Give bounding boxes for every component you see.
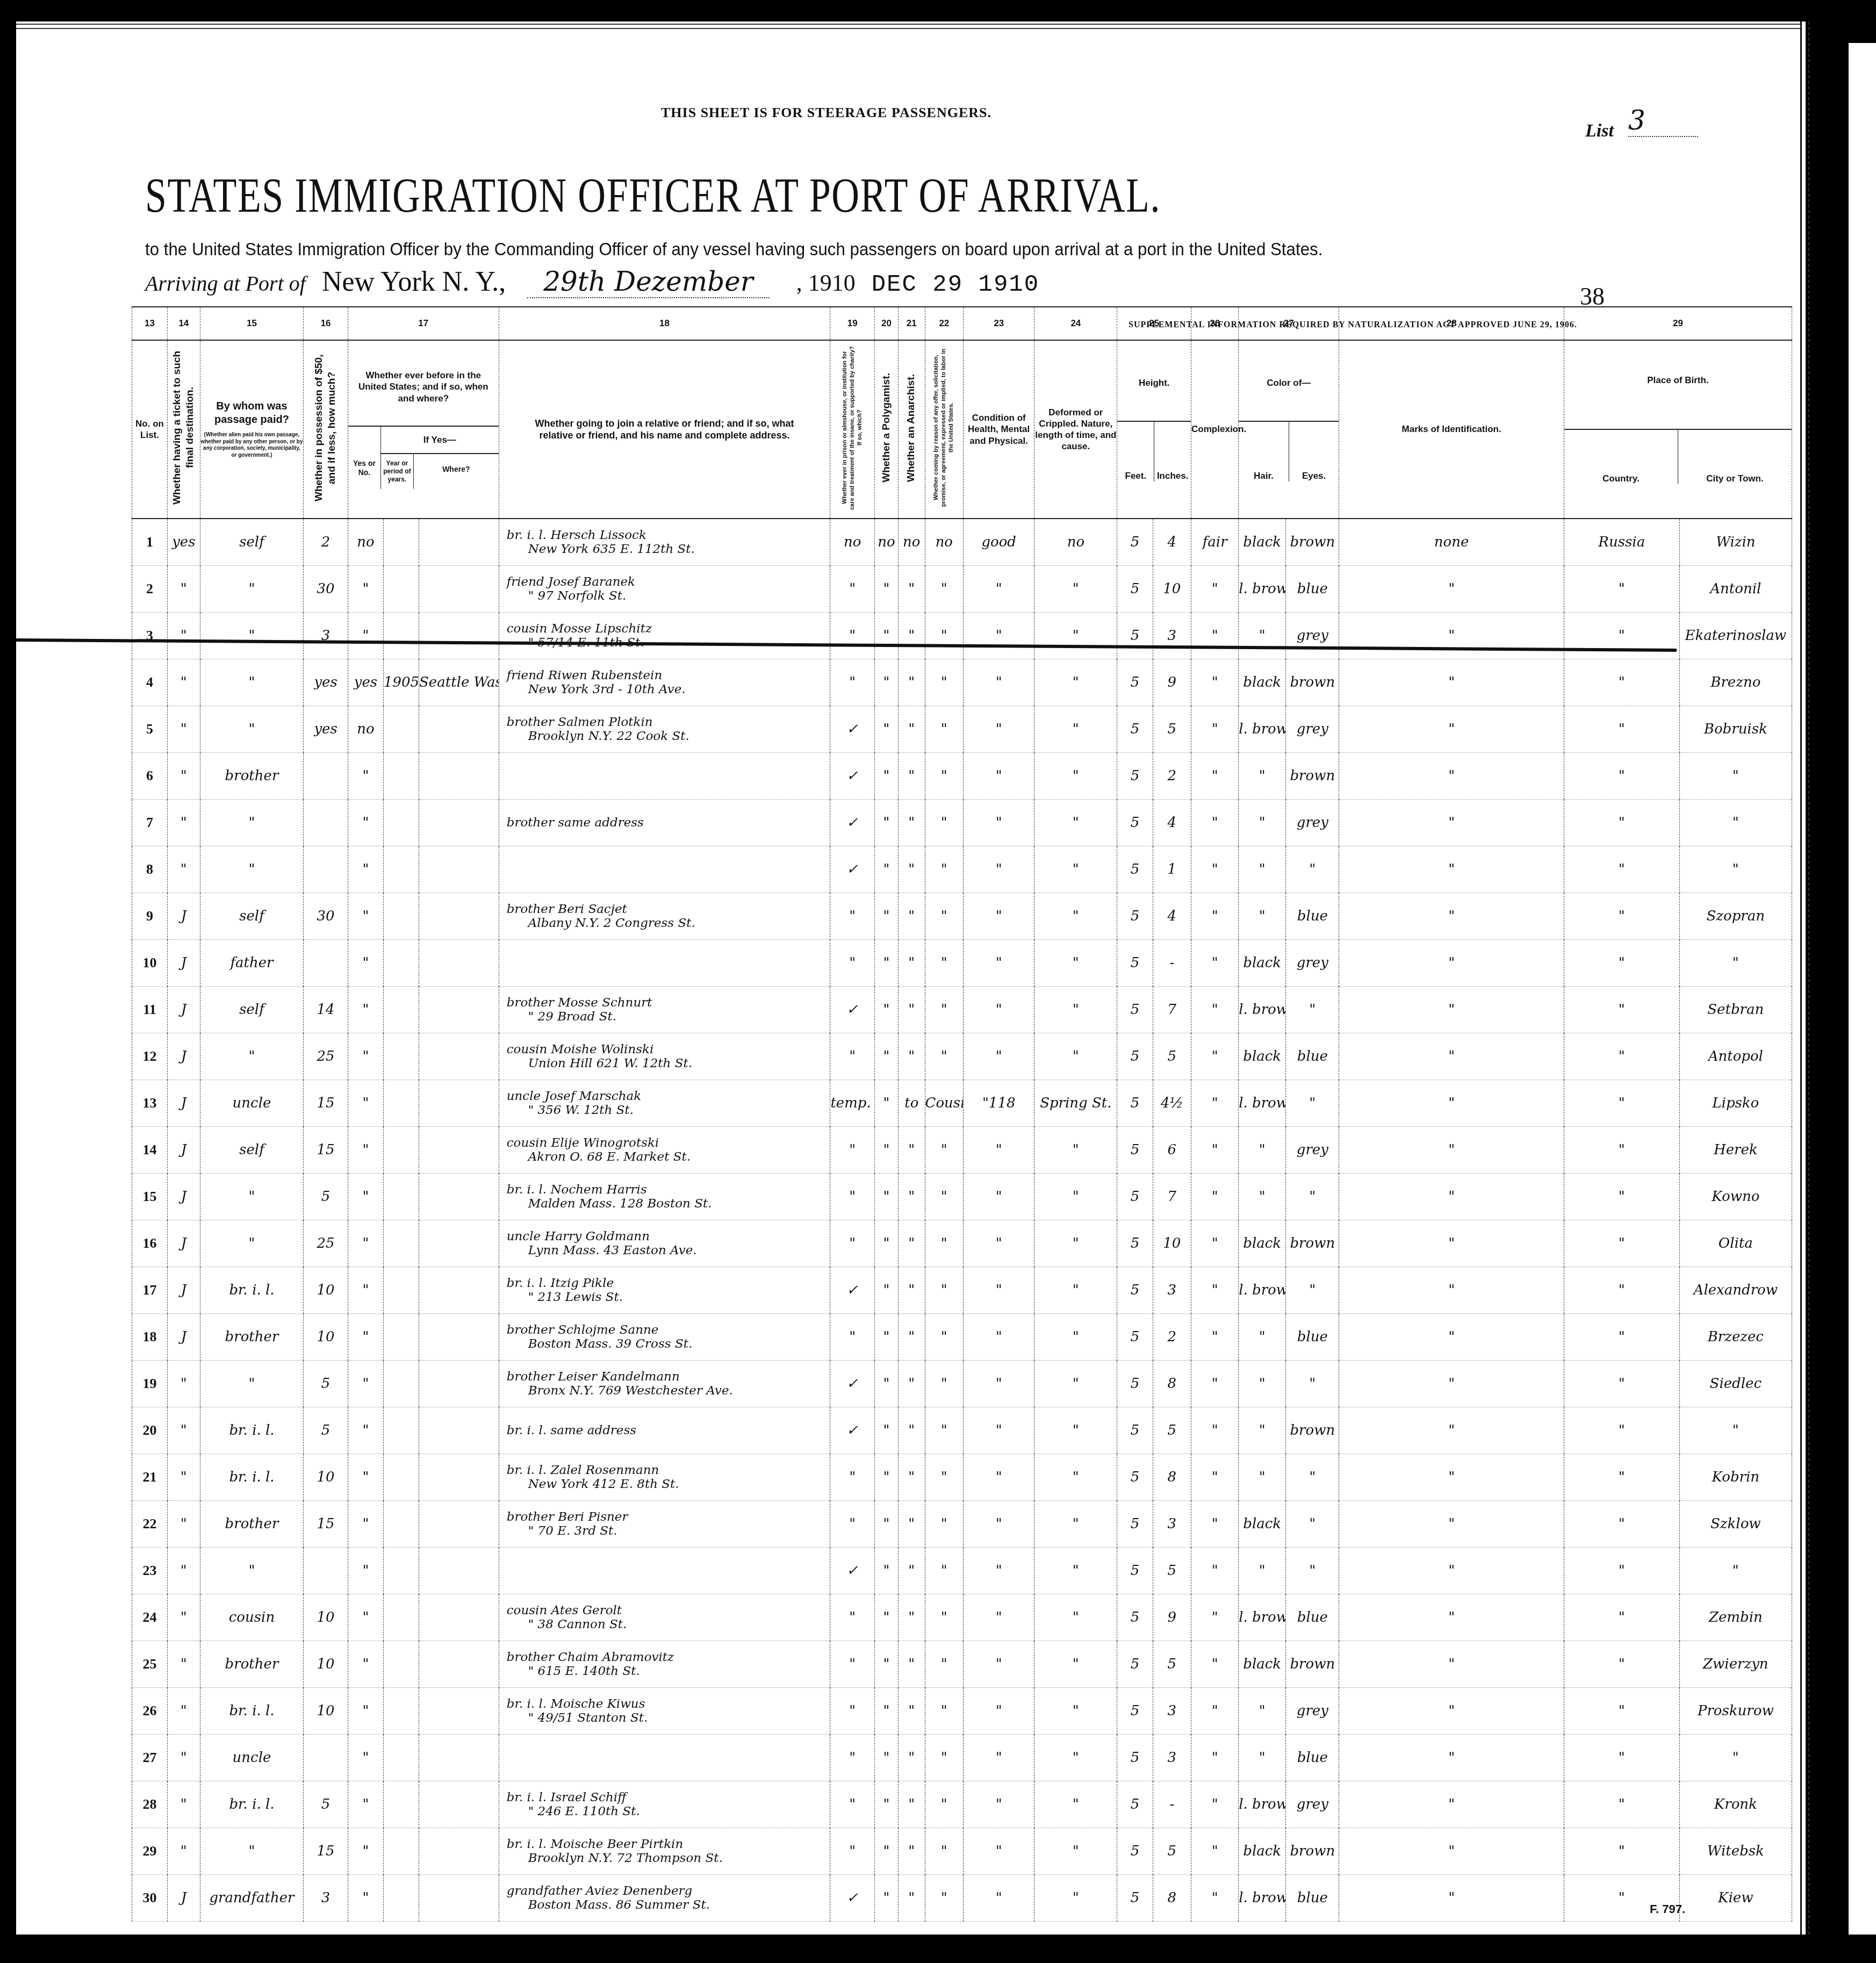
anarchist-cell: " — [899, 1548, 925, 1594]
deformed-cell: " — [1034, 1454, 1117, 1501]
polygamist-cell: " — [874, 1828, 898, 1875]
country-cell: " — [1564, 800, 1679, 846]
deformed-cell: " — [1034, 1688, 1117, 1735]
ticket-cell: " — [168, 1688, 200, 1735]
complexion-cell: " — [1191, 1501, 1239, 1548]
visit-year-cell — [383, 1407, 419, 1454]
height-feet-cell: 5 — [1117, 800, 1153, 846]
deformed-cell: " — [1034, 1361, 1117, 1407]
col-num-13: 13 — [132, 307, 168, 340]
polygamist-cell: " — [874, 940, 898, 987]
prison-cell: ✓ — [830, 987, 875, 1033]
table-row: 13Juncle15"uncle Josef Marschak" 356 W. … — [132, 1080, 1792, 1127]
health-cell: " — [964, 1501, 1034, 1548]
row-number: 5 — [132, 706, 168, 753]
row-number: 10 — [132, 940, 168, 987]
passage-paid-cell: grandfather — [200, 1875, 304, 1922]
row-number: 9 — [132, 893, 168, 940]
city-cell: Lipsko — [1679, 1080, 1792, 1127]
visit-year-cell — [383, 1314, 419, 1361]
header-place-of-birth: Place of Birth. Country. City or Town. — [1564, 340, 1792, 519]
height-inches-cell: 4 — [1153, 800, 1191, 846]
country-cell: " — [1564, 706, 1679, 753]
polygamist-cell: " — [874, 987, 898, 1033]
anarchist-cell: " — [899, 1828, 925, 1875]
hair-cell: " — [1239, 1454, 1286, 1501]
hair-cell: l. brown — [1239, 566, 1286, 613]
row-number: 24 — [132, 1594, 168, 1641]
header-labor-offer: Whether coming by reason of any offer, s… — [925, 340, 964, 519]
marks-cell: " — [1339, 893, 1564, 940]
relative-address: " 38 Cannon St. — [507, 1617, 830, 1631]
polygamist-cell: " — [874, 893, 898, 940]
polygamist-cell: " — [874, 800, 898, 846]
anarchist-cell: " — [899, 1735, 925, 1781]
visit-where-cell — [419, 1501, 499, 1548]
relative-address: Union Hill 621 W. 12th St. — [507, 1056, 830, 1070]
country-cell: " — [1564, 846, 1679, 893]
anarchist-cell: " — [899, 940, 925, 987]
row-number: 16 — [132, 1220, 168, 1267]
relative-name: br. i. l. Nochem Harris — [507, 1183, 647, 1197]
city-cell: " — [1679, 753, 1792, 800]
table-row: 6"brother"✓"""""52""brown""" — [132, 753, 1792, 800]
header-previous-visit: Whether ever before in the United States… — [348, 340, 499, 519]
deformed-cell: " — [1034, 1501, 1117, 1548]
relative-name: uncle Josef Marschak — [507, 1089, 642, 1103]
labor-offer-cell: Cousin L. Hyman — [925, 1080, 964, 1127]
header-feet: Feet. — [1117, 422, 1154, 481]
relative-name: grandfather Aviez Denenberg — [507, 1884, 693, 1898]
height-inches-cell: 10 — [1153, 566, 1191, 613]
country-cell: " — [1564, 659, 1679, 706]
passage-paid-cell: " — [200, 1548, 304, 1594]
relative-address: " 213 Lewis St. — [507, 1290, 830, 1304]
marks-cell: " — [1339, 613, 1564, 659]
header-ticket: Whether having a ticket to such final de… — [168, 340, 200, 519]
header-prison-almshouse: Whether ever in prison or almshouse, or … — [830, 340, 875, 519]
height-feet-cell: 5 — [1117, 1501, 1153, 1548]
country-cell: " — [1564, 1080, 1679, 1127]
document-title: STATES IMMIGRATION OFFICER AT PORT OF AR… — [145, 167, 1161, 224]
money-cell: 30 — [304, 566, 348, 613]
row-number: 21 — [132, 1454, 168, 1501]
money-cell — [304, 846, 348, 893]
visit-where-cell — [419, 1548, 499, 1594]
eyes-cell: brown — [1286, 1407, 1339, 1454]
hair-cell: " — [1239, 846, 1286, 893]
row-number: 15 — [132, 1174, 168, 1220]
relative-cell: friend Riwen RubensteinNew York 3rd - 10… — [499, 659, 830, 706]
deformed-cell: " — [1034, 753, 1117, 800]
passage-paid-cell: " — [200, 613, 304, 659]
previous-visit-cell: " — [348, 566, 383, 613]
polygamist-cell: " — [874, 1267, 898, 1314]
relative-cell — [499, 940, 830, 987]
passage-paid-cell: father — [200, 940, 304, 987]
prison-cell: " — [830, 613, 875, 659]
visit-year-cell — [383, 1033, 419, 1080]
prison-cell: ✓ — [830, 1407, 875, 1454]
money-cell: 5 — [304, 1174, 348, 1220]
relative-address: New York 3rd - 10th Ave. — [507, 682, 830, 696]
hair-cell: " — [1239, 1735, 1286, 1781]
height-feet-cell: 5 — [1117, 753, 1153, 800]
city-cell: Kiew — [1679, 1875, 1792, 1922]
relative-cell: brother Leiser KandelmannBronx N.Y. 769 … — [499, 1361, 830, 1407]
country-cell: " — [1564, 1033, 1679, 1080]
deformed-cell: " — [1034, 1828, 1117, 1875]
visit-where-cell — [419, 1407, 499, 1454]
height-feet-cell: 5 — [1117, 1688, 1153, 1735]
table-row: 22"brother15"brother Beri Pisner" 70 E. … — [132, 1501, 1792, 1548]
money-cell: 15 — [304, 1501, 348, 1548]
height-feet-cell: 5 — [1117, 1033, 1153, 1080]
hair-cell: " — [1239, 1407, 1286, 1454]
col-num-15: 15 — [200, 307, 304, 340]
height-inches-cell: 10 — [1153, 1220, 1191, 1267]
prison-cell: " — [830, 1594, 875, 1641]
previous-visit-cell: " — [348, 1080, 383, 1127]
visit-where-cell — [419, 1127, 499, 1174]
city-cell: Zembin — [1679, 1594, 1792, 1641]
height-inches-cell: 6 — [1153, 1127, 1191, 1174]
visit-year-cell — [383, 846, 419, 893]
city-cell: Setbran — [1679, 987, 1792, 1033]
labor-offer-cell: " — [925, 1594, 964, 1641]
marks-cell: " — [1339, 987, 1564, 1033]
table-row: 7"""brother same address✓"""""54""grey""… — [132, 800, 1792, 846]
hair-cell: black — [1239, 940, 1286, 987]
hair-cell: black — [1239, 1828, 1286, 1875]
table-row: 23"""✓"""""55"""""" — [132, 1548, 1792, 1594]
passage-paid-cell: br. i. l. — [200, 1688, 304, 1735]
adjacent-page-strip — [1849, 43, 1876, 1935]
arrival-line: Arriving at Port of New York N. Y., 29th… — [145, 266, 1039, 298]
relative-cell: brother Beri SacjetAlbany N.Y. 2 Congres… — [499, 893, 830, 940]
visit-year-cell: 1905-05 — [383, 659, 419, 706]
ticket-cell: " — [168, 1641, 200, 1688]
hair-cell: " — [1239, 1314, 1286, 1361]
previous-visit-cell: " — [348, 1501, 383, 1548]
table-row: 17Jbr. i. l.10"br. i. l. Itzig Pikle" 21… — [132, 1267, 1792, 1314]
marks-cell: " — [1339, 1828, 1564, 1875]
header-complexion: Complexion. — [1191, 340, 1239, 519]
passage-paid-cell: br. i. l. — [200, 1781, 304, 1828]
complexion-cell: " — [1191, 659, 1239, 706]
money-cell: 25 — [304, 1033, 348, 1080]
health-cell: " — [964, 1594, 1034, 1641]
visit-year-cell — [383, 1688, 419, 1735]
col-num-24: 24 — [1034, 307, 1117, 340]
steerage-notice: THIS SHEET IS FOR STEERAGE PASSENGERS. — [661, 105, 991, 121]
height-inches-cell: 8 — [1153, 1454, 1191, 1501]
health-cell: " — [964, 1361, 1034, 1407]
relative-name: brother Beri Pisner — [507, 1510, 628, 1524]
relative-name: brother same address — [507, 816, 644, 830]
prison-cell: " — [830, 1735, 875, 1781]
height-feet-cell: 5 — [1117, 1220, 1153, 1267]
header-eyes: Eyes. — [1289, 422, 1339, 481]
polygamist-cell: " — [874, 613, 898, 659]
money-cell: 3 — [304, 613, 348, 659]
visit-where-cell — [419, 1033, 499, 1080]
deformed-cell: " — [1034, 659, 1117, 706]
ticket-cell: J — [168, 893, 200, 940]
complexion-cell: " — [1191, 1875, 1239, 1922]
prison-cell: " — [830, 659, 875, 706]
hair-cell: l. brown — [1239, 1080, 1286, 1127]
passage-paid-cell: uncle — [200, 1080, 304, 1127]
polygamist-cell: no — [874, 519, 898, 566]
polygamist-cell: " — [874, 1314, 898, 1361]
visit-where-cell — [419, 800, 499, 846]
country-cell: " — [1564, 1501, 1679, 1548]
col-num-26: 26 — [1191, 307, 1239, 340]
relative-cell: br. i. l. Zalel RosenmannNew York 412 E.… — [499, 1454, 830, 1501]
previous-visit-cell: no — [348, 706, 383, 753]
deformed-cell: " — [1034, 800, 1117, 846]
complexion-cell: " — [1191, 1361, 1239, 1407]
marks-cell: " — [1339, 753, 1564, 800]
col-num-27: 27 — [1239, 307, 1339, 340]
previous-visit-cell: " — [348, 1314, 383, 1361]
health-cell: " — [964, 1314, 1034, 1361]
labor-offer-cell: " — [925, 940, 964, 987]
passage-paid-cell: " — [200, 1828, 304, 1875]
relative-name: brother Leiser Kandelmann — [507, 1370, 680, 1384]
visit-where-cell — [419, 1314, 499, 1361]
labor-offer-cell: " — [925, 1407, 964, 1454]
visit-year-cell — [383, 1594, 419, 1641]
complexion-cell: " — [1191, 706, 1239, 753]
prison-cell: " — [830, 1127, 875, 1174]
height-feet-cell: 5 — [1117, 1127, 1153, 1174]
polygamist-cell: " — [874, 753, 898, 800]
eyes-cell: brown — [1286, 659, 1339, 706]
table-row: 30Jgrandfather3"grandfather Aviez Denenb… — [132, 1875, 1792, 1922]
relative-name: brother Schlojme Sanne — [507, 1323, 659, 1337]
city-cell: Szklow — [1679, 1501, 1792, 1548]
relative-address: Boston Mass. 39 Cross St. — [507, 1337, 830, 1351]
row-number: 29 — [132, 1828, 168, 1875]
complexion-cell: " — [1191, 846, 1239, 893]
relative-address: " 49/51 Stanton St. — [507, 1711, 830, 1725]
anarchist-cell: " — [899, 1220, 925, 1267]
relative-address: New York 635 E. 112th St. — [507, 542, 830, 556]
city-cell: Olita — [1679, 1220, 1792, 1267]
relative-name: br. i. l. Hersch Lissock — [507, 528, 646, 542]
eyes-cell: brown — [1286, 519, 1339, 566]
eyes-cell: blue — [1286, 893, 1339, 940]
col-num-22: 22 — [925, 307, 964, 340]
city-cell: " — [1679, 800, 1792, 846]
prison-cell: ✓ — [830, 1875, 875, 1922]
marks-cell: " — [1339, 940, 1564, 987]
money-cell — [304, 940, 348, 987]
table-row: 18Jbrother10"brother Schlojme SanneBosto… — [132, 1314, 1792, 1361]
deformed-cell: " — [1034, 1033, 1117, 1080]
passage-paid-cell: brother — [200, 1641, 304, 1688]
row-number: 8 — [132, 846, 168, 893]
labor-offer-cell: " — [925, 1033, 964, 1080]
money-cell: 10 — [304, 1267, 348, 1314]
ticket-cell: " — [168, 753, 200, 800]
prison-cell: " — [830, 1828, 875, 1875]
city-cell: Szopran — [1679, 893, 1792, 940]
col-num-25: 25 — [1117, 307, 1191, 340]
ticket-cell: " — [168, 659, 200, 706]
header-city: City or Town. — [1678, 430, 1792, 484]
passage-paid-cell: brother — [200, 1501, 304, 1548]
eyes-cell: " — [1286, 1501, 1339, 1548]
table-row: 12J"25"cousin Moishe WolinskiUnion Hill … — [132, 1033, 1792, 1080]
height-inches-cell: 3 — [1153, 1688, 1191, 1735]
prison-cell: " — [830, 940, 875, 987]
previous-visit-cell: " — [348, 1688, 383, 1735]
ticket-cell: " — [168, 846, 200, 893]
hair-cell: l. brown — [1239, 1267, 1286, 1314]
complexion-cell: " — [1191, 1127, 1239, 1174]
money-cell — [304, 1735, 348, 1781]
marks-cell: " — [1339, 1127, 1564, 1174]
marks-cell: " — [1339, 1407, 1564, 1454]
health-cell: " — [964, 940, 1034, 987]
height-inches-cell: 9 — [1153, 659, 1191, 706]
money-cell: 14 — [304, 987, 348, 1033]
passage-paid-cell: " — [200, 706, 304, 753]
relative-name: br. i. l. Moische Beer Pirtkin — [507, 1837, 684, 1851]
labor-offer-cell: " — [925, 1314, 964, 1361]
visit-year-cell — [383, 1267, 419, 1314]
eyes-cell: grey — [1286, 800, 1339, 846]
prison-cell: " — [830, 1314, 875, 1361]
hair-cell: black — [1239, 659, 1286, 706]
ticket-cell: J — [168, 940, 200, 987]
money-cell: 10 — [304, 1688, 348, 1735]
deformed-cell: " — [1034, 566, 1117, 613]
labor-offer-cell: " — [925, 1688, 964, 1735]
polygamist-cell: " — [874, 1454, 898, 1501]
money-cell: 15 — [304, 1127, 348, 1174]
country-cell: " — [1564, 1548, 1679, 1594]
country-cell: " — [1564, 1314, 1679, 1361]
city-cell: Herek — [1679, 1127, 1792, 1174]
eyes-cell: grey — [1286, 940, 1339, 987]
health-cell: " — [964, 1454, 1034, 1501]
eyes-cell: " — [1286, 1174, 1339, 1220]
relative-address: New York 412 E. 8th St. — [507, 1477, 830, 1491]
height-inches-cell: 5 — [1153, 1548, 1191, 1594]
prison-cell: " — [830, 893, 875, 940]
prison-cell: no — [830, 519, 875, 566]
height-inches-cell: - — [1153, 1781, 1191, 1828]
relative-cell: cousin Moishe WolinskiUnion Hill 621 W. … — [499, 1033, 830, 1080]
row-number: 17 — [132, 1267, 168, 1314]
passage-paid-cell: " — [200, 659, 304, 706]
height-feet-cell: 5 — [1117, 706, 1153, 753]
country-cell: " — [1564, 1828, 1679, 1875]
money-cell: 10 — [304, 1454, 348, 1501]
money-cell — [304, 753, 348, 800]
complexion-cell: " — [1191, 1267, 1239, 1314]
visit-where-cell — [419, 1735, 499, 1781]
passage-paid-cell: uncle — [200, 1735, 304, 1781]
height-inches-cell: 1 — [1153, 846, 1191, 893]
visit-where-cell — [419, 566, 499, 613]
height-inches-cell: 4½ — [1153, 1080, 1191, 1127]
height-feet-cell: 5 — [1117, 1641, 1153, 1688]
passage-paid-cell: " — [200, 800, 304, 846]
marks-cell: " — [1339, 1361, 1564, 1407]
health-cell: " — [964, 1174, 1034, 1220]
height-feet-cell: 5 — [1117, 1594, 1153, 1641]
previous-visit-cell: " — [348, 1127, 383, 1174]
header-marks: Marks of Identification. — [1339, 340, 1564, 519]
table-row: 5""yesnobrother Salmen PlotkinBrooklyn N… — [132, 706, 1792, 753]
deformed-cell: " — [1034, 706, 1117, 753]
labor-offer-cell: " — [925, 846, 964, 893]
health-cell: " — [964, 1688, 1034, 1735]
header-height: Height. Feet. Inches. — [1117, 340, 1191, 519]
deformed-cell: " — [1034, 1781, 1117, 1828]
table-row: 24"cousin10"cousin Ates Gerolt" 38 Canno… — [132, 1594, 1792, 1641]
city-cell: Ekaterinoslaw — [1679, 613, 1792, 659]
money-cell: 15 — [304, 1080, 348, 1127]
deformed-cell: no — [1034, 519, 1117, 566]
passage-paid-cell: " — [200, 566, 304, 613]
relative-address: Akron O. 68 E. Market St. — [507, 1150, 830, 1164]
passage-paid-cell: " — [200, 1174, 304, 1220]
ticket-cell: " — [168, 1501, 200, 1548]
prison-cell: ✓ — [830, 1267, 875, 1314]
complexion-cell: " — [1191, 1454, 1239, 1501]
visit-where-cell — [419, 893, 499, 940]
table-row: 28"br. i. l.5"br. i. l. Israel Schiff" 2… — [132, 1781, 1792, 1828]
hair-cell: " — [1239, 1174, 1286, 1220]
labor-offer-cell: " — [925, 1828, 964, 1875]
polygamist-cell: " — [874, 659, 898, 706]
visit-year-cell — [383, 1127, 419, 1174]
anarchist-cell: " — [899, 1407, 925, 1454]
city-cell: Siedlec — [1679, 1361, 1792, 1407]
height-feet-cell: 5 — [1117, 519, 1153, 566]
table-row: 29""15"br. i. l. Moische Beer PirtkinBro… — [132, 1828, 1792, 1875]
relative-name: uncle Harry Goldmann — [507, 1229, 650, 1243]
height-inches-cell: - — [1153, 940, 1191, 987]
polygamist-cell: " — [874, 1220, 898, 1267]
eyes-cell: blue — [1286, 1735, 1339, 1781]
relative-name: brother Mosse Schnurt — [507, 996, 652, 1010]
visit-year-cell — [383, 893, 419, 940]
country-cell: " — [1564, 1454, 1679, 1501]
labor-offer-cell: " — [925, 1501, 964, 1548]
complexion-cell: " — [1191, 566, 1239, 613]
date-stamp: DEC 29 1910 — [872, 271, 1039, 298]
height-feet-cell: 5 — [1117, 659, 1153, 706]
polygamist-cell: " — [874, 1080, 898, 1127]
relative-name: friend Riwen Rubenstein — [507, 668, 663, 682]
header-deformed: Deformed or Crippled. Nature, length of … — [1034, 340, 1117, 519]
prison-cell: " — [830, 1641, 875, 1688]
passage-paid-cell: " — [200, 846, 304, 893]
health-cell: " — [964, 1548, 1034, 1594]
anarchist-cell: " — [899, 1688, 925, 1735]
country-cell: " — [1564, 1127, 1679, 1174]
previous-visit-cell: " — [348, 940, 383, 987]
row-number: 30 — [132, 1875, 168, 1922]
country-cell: " — [1564, 1267, 1679, 1314]
